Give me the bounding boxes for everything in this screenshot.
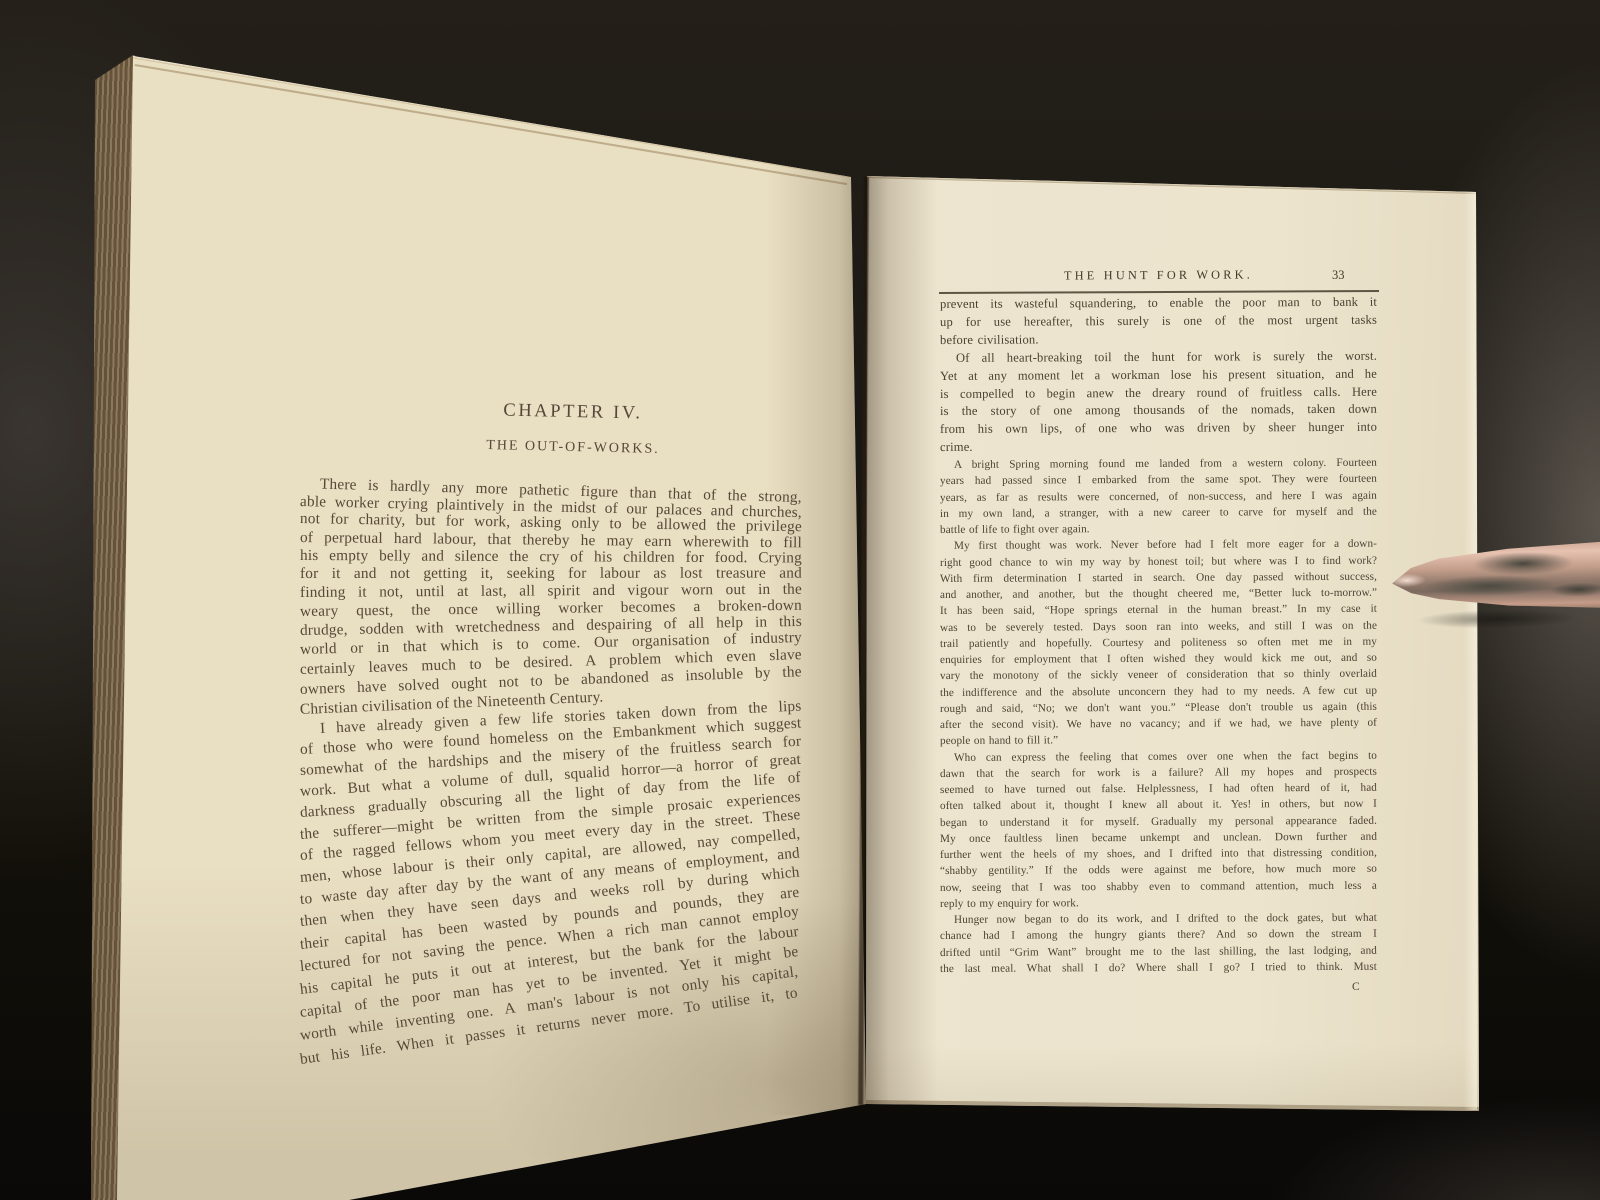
text-line: A bright Spring morning found me landed …	[940, 456, 1377, 472]
text-line: battle of life to fight over again.	[940, 521, 1377, 537]
text-line: right good chance to win my way by hones…	[940, 553, 1377, 569]
text-line: seemed to have turned out false. Helples…	[940, 781, 1377, 797]
text-line: dawn that the search for work is a failu…	[940, 765, 1377, 781]
text-line: Who can express the feeling that comes o…	[940, 748, 1377, 764]
text-line: My once faultless linen became unkempt a…	[940, 830, 1377, 846]
text-line: vary the monotony of the sickly veneer o…	[940, 667, 1377, 683]
text-line: Hunger now began to do its work, and I d…	[940, 911, 1377, 927]
text-line: drifted until “Grim Want” brought me to …	[940, 943, 1377, 959]
text-line: trail patiently and hopefully. Courtesy …	[940, 635, 1377, 651]
text-line: rough and said, “No; we don't want you.”…	[940, 700, 1377, 716]
text-line: now, seeing that I was too shabby even t…	[940, 878, 1377, 894]
text-line: years, as far as results were concerned,…	[940, 488, 1377, 504]
text-line: the indifference and the absolute unconc…	[940, 683, 1377, 699]
right-page-right-edge-highlight	[1464, 190, 1477, 1110]
text-line: people on hand to fill it.”	[940, 732, 1377, 748]
running-header: THE HUNT FOR WORK.	[940, 267, 1377, 284]
signature-mark: C	[1352, 981, 1360, 993]
text-line: often talked about it, thought I knew al…	[940, 797, 1377, 813]
text-line: and another, and another, but the though…	[940, 586, 1377, 602]
text-line: years had passed since I embarked from t…	[940, 472, 1377, 488]
text-line: With firm determination I started in sea…	[940, 570, 1377, 586]
text-line: before civilisation.	[940, 331, 1377, 349]
text-line: is compelled to begin anew the dreary ro…	[940, 384, 1377, 402]
text-line: is the story of one among thousands of t…	[940, 402, 1377, 420]
text-line: chance had I among the hungry giants the…	[940, 927, 1377, 943]
text-line: prevent its wasteful squandering, to ena…	[940, 295, 1377, 313]
right-page-gutter-shadow	[866, 170, 938, 1115]
text-line: It has been said, “Hope springs eternal …	[940, 602, 1377, 618]
text-line: “shabby gentility.” If the odds were aga…	[940, 862, 1377, 878]
text-line: Of all heart-breaking toil the hunt for …	[940, 348, 1377, 366]
book-photograph: CHAPTER IV. THE OUT-OF-WORKS. There is h…	[0, 0, 1600, 1200]
text-line: after the second visit). We have no vaca…	[940, 716, 1377, 732]
text-line: was to be severely tested. Days soon ran…	[940, 618, 1377, 634]
text-line: from his own lips, of one who was driven…	[940, 420, 1377, 438]
text-line: My first thought was work. Never before …	[940, 537, 1377, 553]
text-line: Yet at any moment let a workman lose his…	[940, 366, 1377, 384]
text-line: further went the heels of my shoes, and …	[940, 846, 1377, 862]
text-line: up for use hereafter, this surely is one…	[940, 313, 1377, 331]
pen-shadow	[1386, 604, 1600, 634]
text-line: in my own land, a stranger, with a new c…	[940, 505, 1377, 521]
text-line: crime.	[940, 438, 1377, 456]
text-line: began to understand it for myself. Gradu…	[940, 813, 1377, 829]
text-line: the last meal. What shall I do? Where sh…	[940, 960, 1377, 976]
page-number: 33	[1332, 268, 1372, 283]
text-line: enquiries for employment that I often wi…	[940, 651, 1377, 667]
text-line: reply to my enquiry for work.	[940, 895, 1377, 911]
